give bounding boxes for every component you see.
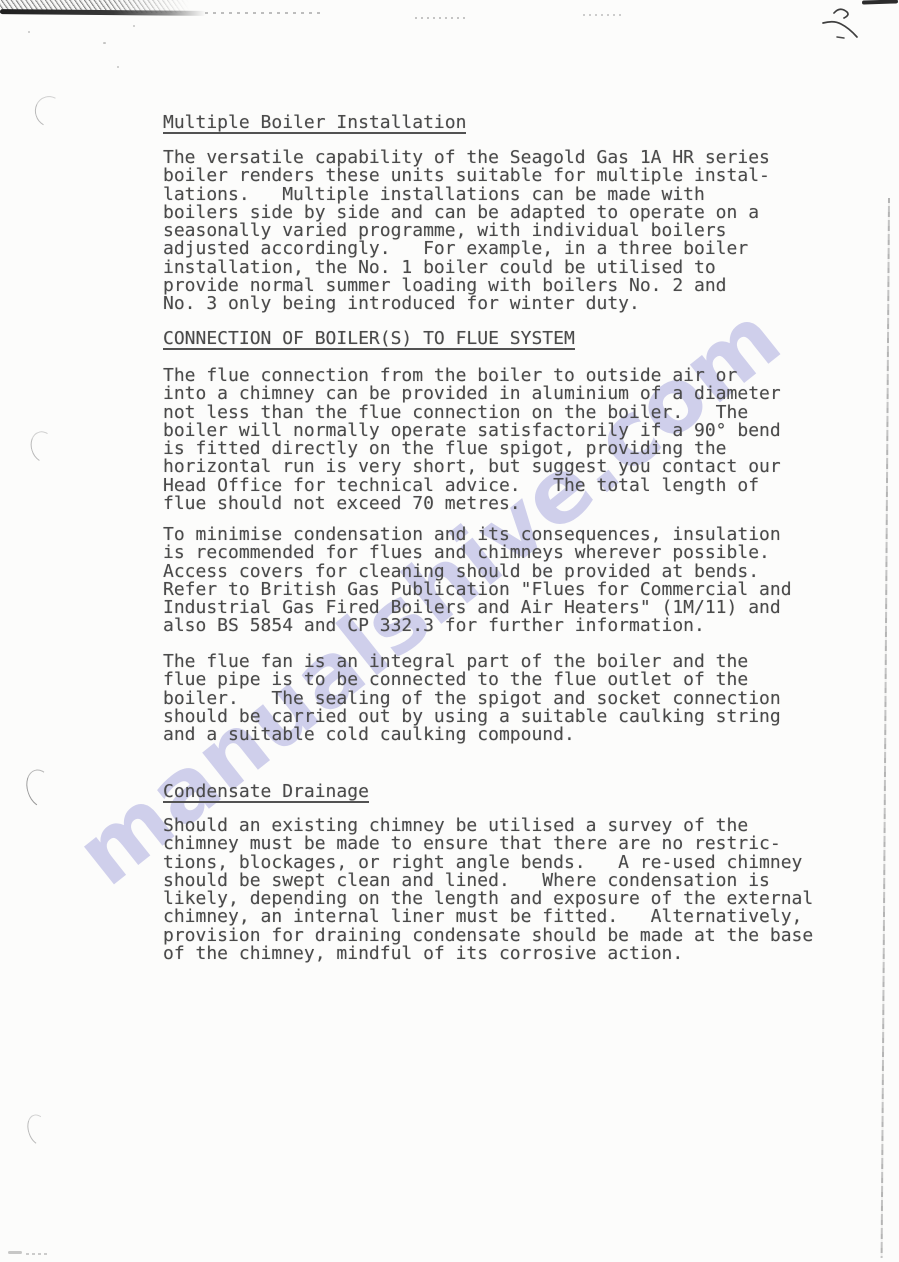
scan-artifact-top-dots bbox=[415, 17, 467, 19]
paragraph-flue-connection: The flue connection from the boiler to o… bbox=[163, 367, 781, 513]
scan-artifact-corner-dash bbox=[862, 0, 898, 5]
heading-text: Condensate Drainage bbox=[163, 783, 369, 803]
heading-text: Multiple Boiler Installation bbox=[163, 114, 466, 134]
punch-hole-mark bbox=[22, 766, 60, 811]
heading-text: CONNECTION OF BOILER(S) TO FLUE SYSTEM bbox=[163, 330, 575, 350]
handwritten-page-mark bbox=[818, 6, 866, 48]
scan-artifact-bottom-left bbox=[8, 1251, 22, 1254]
scan-speck bbox=[28, 31, 30, 33]
section-heading-condensate-drainage: Condensate Drainage bbox=[163, 783, 369, 803]
section-heading-connection-to-flue-system: CONNECTION OF BOILER(S) TO FLUE SYSTEM bbox=[163, 330, 575, 350]
punch-hole-mark bbox=[31, 92, 68, 130]
paragraph-flue-fan: The flue fan is an integral part of the … bbox=[163, 653, 781, 744]
paragraph-multiple-boilers: The versatile capability of the Seagold … bbox=[163, 149, 770, 314]
punch-hole-mark bbox=[24, 1112, 54, 1149]
scan-speck bbox=[117, 66, 119, 68]
section-heading-multiple-boiler-installation: Multiple Boiler Installation bbox=[163, 114, 466, 134]
scan-artifact-top-dots bbox=[583, 14, 623, 16]
scan-artifact-bottom-left bbox=[26, 1253, 48, 1255]
paragraph-condensation-insulation: To minimise condensation and its consequ… bbox=[163, 526, 792, 636]
scan-artifact-top-left-streak bbox=[0, 9, 206, 16]
paragraph-existing-chimney: Should an existing chimney be utilised a… bbox=[163, 817, 813, 963]
punch-hole-mark bbox=[27, 428, 61, 466]
scan-speck bbox=[103, 42, 106, 44]
scan-speck bbox=[133, 25, 135, 27]
scan-artifact-right-edge-line bbox=[881, 198, 890, 1258]
handwritten-squiggle-icon bbox=[818, 6, 866, 48]
scan-artifact-top-left-tail bbox=[205, 12, 323, 14]
scanned-document-page: manualshive.com Multiple Boiler Installa… bbox=[0, 0, 899, 1262]
